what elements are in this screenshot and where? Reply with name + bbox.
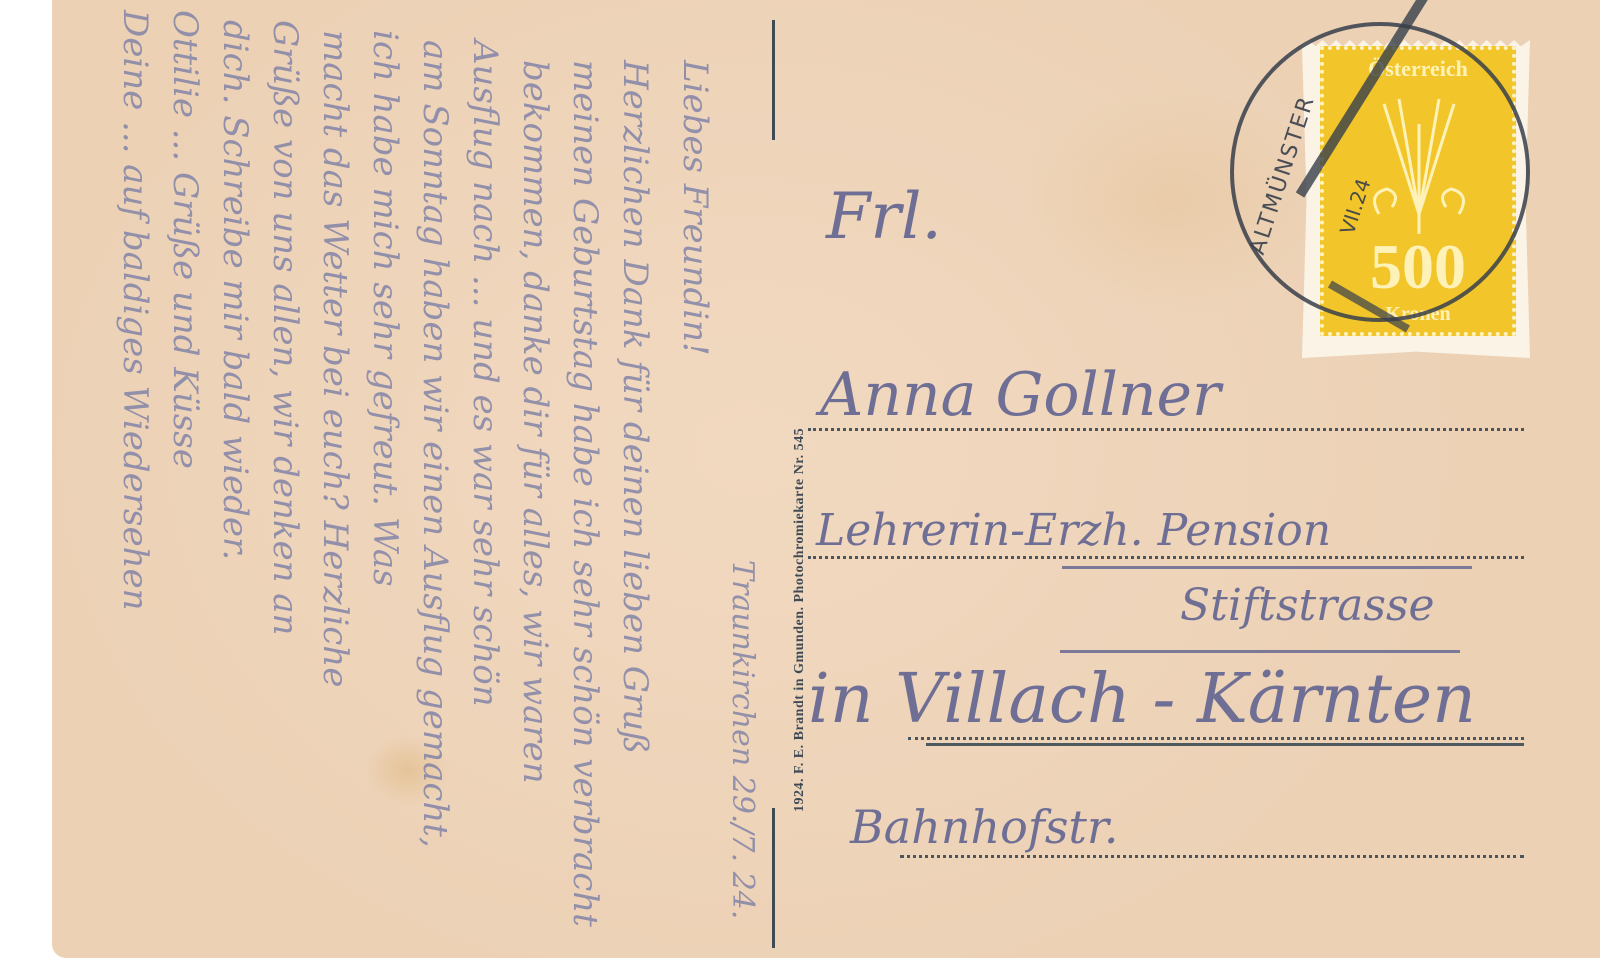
strikethrough-line — [1060, 650, 1460, 653]
message-line: macht das Wetter bei euch? Herzliche — [315, 30, 355, 687]
address-name: Anna Gollner — [820, 360, 1221, 430]
strikethrough-line — [1062, 566, 1472, 569]
message-line: Herzlichen Dank für deinen lieben Gruß — [615, 60, 655, 754]
message-line: Ottilie ... Grüße und Küsse — [165, 10, 205, 469]
message-greeting: Liebes Freundin! — [675, 60, 715, 356]
message-date: Traunkirchen 29./7. 24. — [725, 560, 760, 919]
address-salutation: Frl. — [826, 180, 942, 254]
message-line: meinen Geburtstag habe ich sehr schön ve… — [565, 60, 605, 927]
message-line: dich. Schreibe mir bald wieder. — [215, 20, 255, 560]
destination-underline — [926, 743, 1524, 746]
address-city: in Villach - Kärnten — [808, 660, 1476, 739]
address-street: Bahnhofstr. — [850, 800, 1118, 854]
message-line: Deine ... auf baldiges Wiedersehen — [115, 10, 155, 611]
message-line: Ausflug nach ... und es war sehr schön — [465, 40, 505, 707]
address-line-4 — [900, 855, 1524, 858]
publisher-imprint: 1924. F. E. Brandt in Gmunden. Photochro… — [792, 428, 808, 812]
message-line: bekommen, danke dir für alles, wir waren — [515, 60, 555, 784]
center-divider-bottom — [772, 808, 775, 948]
address-line2: Lehrerin-Erzh. Pension — [816, 505, 1331, 556]
message-line: am Sonntag haben wir einen Ausflug gemac… — [415, 40, 455, 848]
center-divider-top — [772, 20, 775, 140]
address-line-2 — [808, 556, 1524, 559]
address-line3-struck: Stiftstrasse — [1180, 580, 1435, 631]
message-line: ich habe mich sehr gefreut. Was — [365, 30, 405, 587]
message-line: Grüße von uns allen, wir denken an — [265, 20, 305, 635]
